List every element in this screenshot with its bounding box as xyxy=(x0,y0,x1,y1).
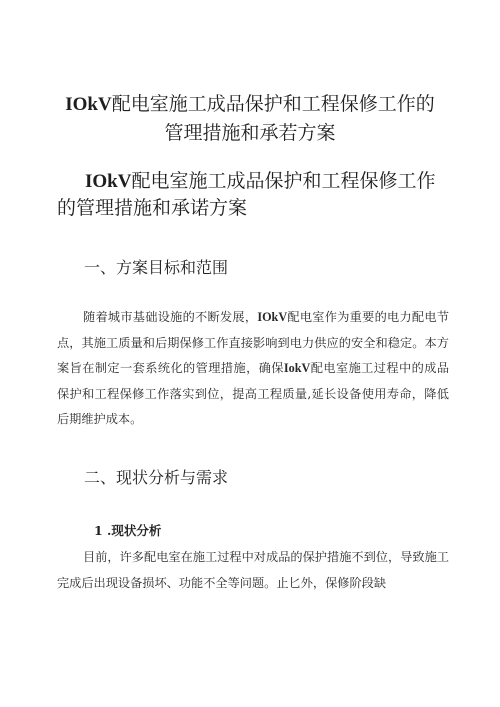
section-paragraph-analysis: 目前，许多配电室在施工过程中对成品的保护措施不到位，导致施工完成后出现设备损坏、… xyxy=(57,545,449,596)
document-title: IOkV配电室施工成品保护和工程保修工作的管理措施和承若方案 xyxy=(60,90,440,147)
paragraph-bold: IokV xyxy=(284,361,310,375)
subsection-heading-status: 1 .现状分析 xyxy=(94,521,161,541)
section-heading-analysis: 二、现状分析与需求 xyxy=(84,467,228,489)
document-heading: IOkV配电室施工成品保护和工程保修工作的管理措施和承诺方案 xyxy=(57,168,447,222)
paragraph-text: 随着城市基础设施的不断发展， xyxy=(83,310,257,324)
document-page: IOkV配电室施工成品保护和工程保修工作的管理措施和承若方案 IOkV配电室施工… xyxy=(0,0,500,707)
heading-prefix: IOkV xyxy=(85,171,131,192)
title-text: 配电室施工成品保护和工程保修工作的管理措施和承若方案 xyxy=(112,93,435,144)
title-prefix: IOkV xyxy=(65,94,111,115)
paragraph-bold: IOkV xyxy=(257,310,287,324)
section-paragraph-goals: 随着城市基础设施的不断发展，IOkV配电室作为重要的电力配电节点，其施工质量和后… xyxy=(57,305,449,433)
section-heading-goals: 一、方案目标和范围 xyxy=(84,257,228,279)
